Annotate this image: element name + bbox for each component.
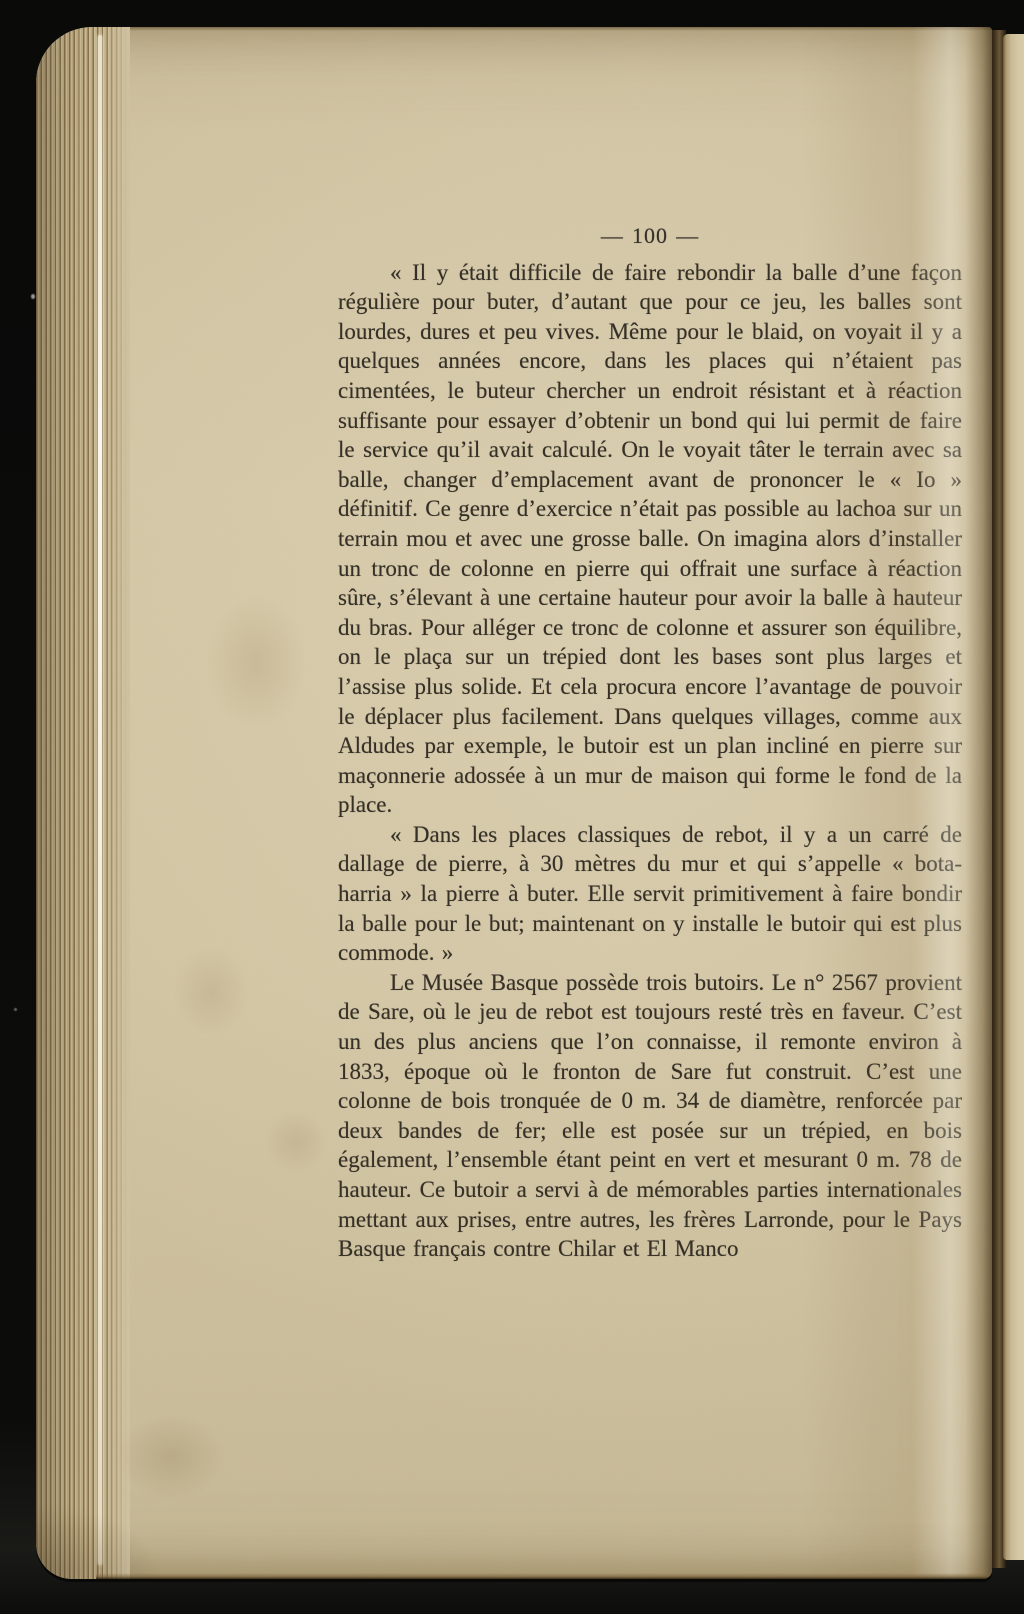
age-stain [186, 567, 326, 757]
dust-speck [31, 294, 35, 299]
book-page: — 100 — « Il y était difficile de faire … [36, 27, 992, 1579]
page-edge-stack [36, 27, 130, 1579]
facing-page-edge [1003, 34, 1024, 1560]
corner-shade [36, 1489, 186, 1579]
dust-speck [14, 1008, 17, 1011]
leaf-edge-highlight [98, 35, 102, 1565]
age-stain [156, 927, 266, 1057]
gutter-shade [802, 27, 992, 1579]
age-stain [251, 1097, 341, 1187]
scanned-book-photo: — 100 — « Il y était difficile de faire … [0, 0, 1024, 1614]
